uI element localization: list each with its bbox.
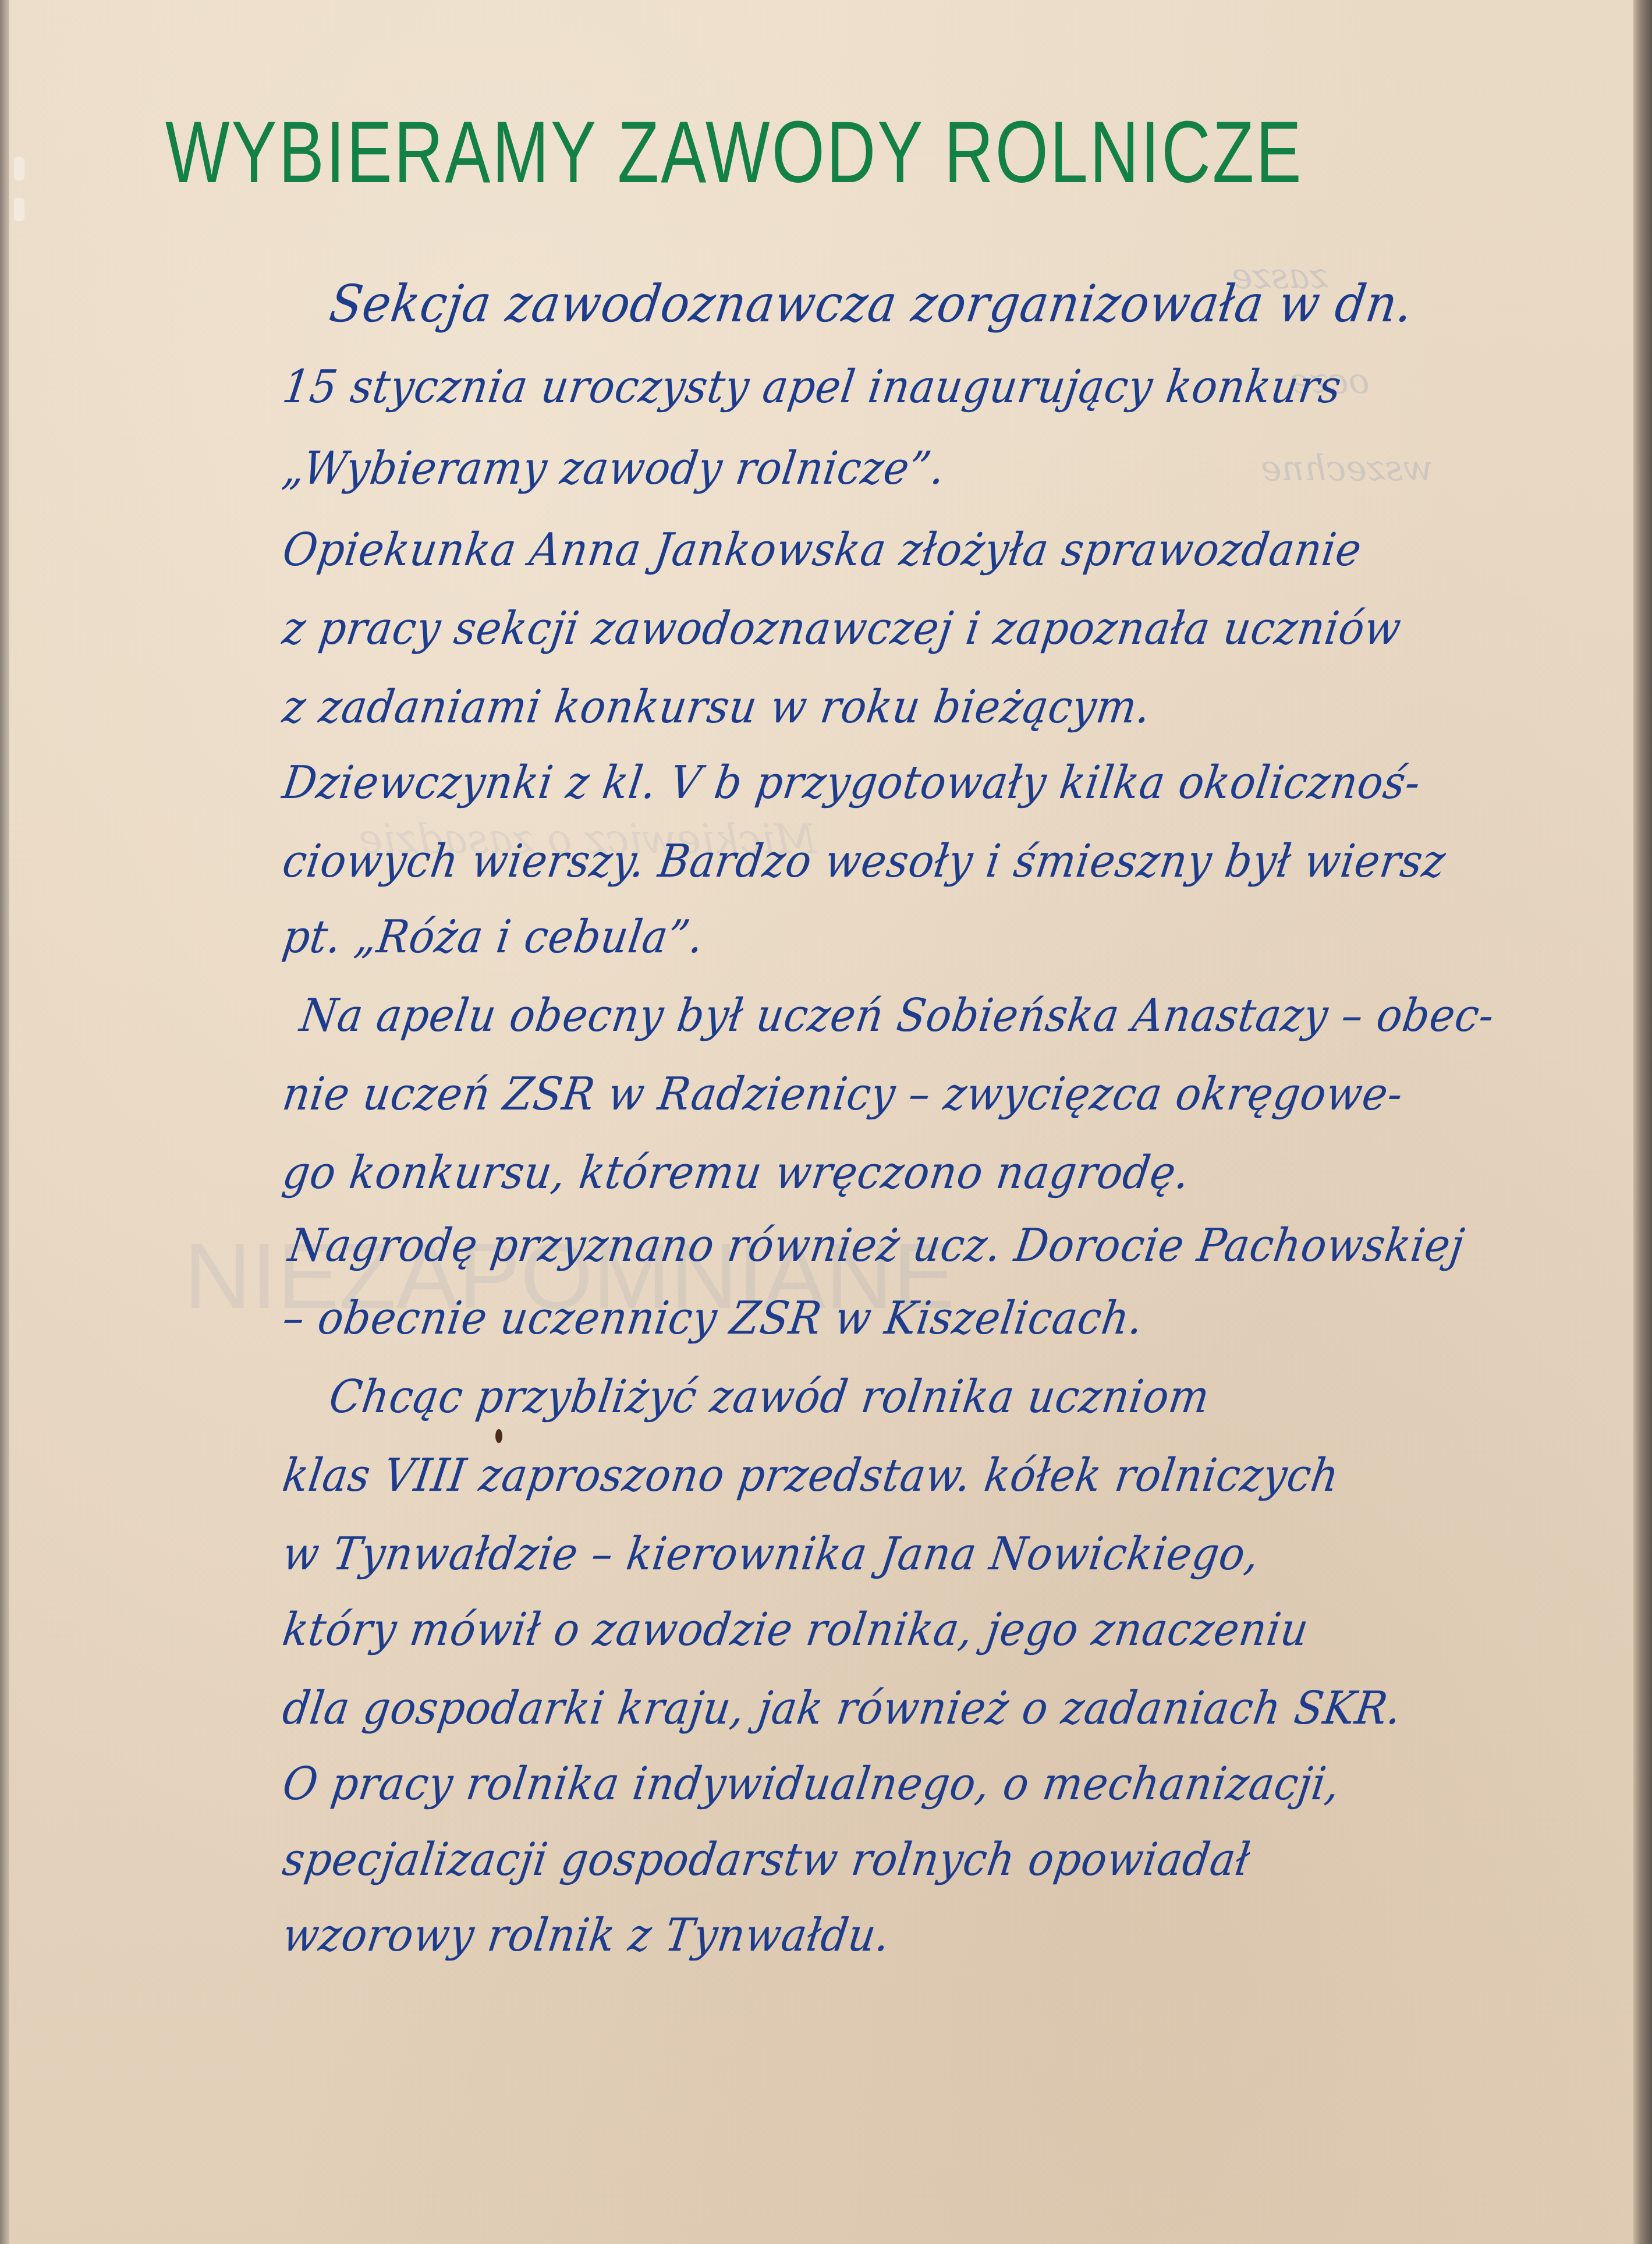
ink-stain — [495, 1429, 502, 1443]
text-line: z pracy sekcji zawodoznawczej i zapoznał… — [279, 602, 1405, 655]
text-line: go konkursu, któremu wręczono nagrodę. — [279, 1147, 1193, 1199]
text-line: Opiekunka Anna Jankowska złożyła sprawoz… — [279, 524, 1365, 576]
text-line: który mówił o zawodzie rolnika, jego zna… — [279, 1604, 1312, 1656]
text-line: w Tynwałdzie – kierownika Jana Nowickieg… — [279, 1528, 1263, 1580]
text-line: wzorowy rolnik z Tynwałdu. — [279, 1909, 894, 1962]
text-line: pt. „Róża i cebula”. — [279, 911, 707, 963]
page-title: WYBIERAMY ZAWODY ROLNICZE — [165, 102, 1303, 203]
text-line: O pracy rolnika indywidualnego, o mechan… — [279, 1758, 1343, 1810]
text-line: Na apelu obecny był uczeń Sobieńska Anas… — [297, 990, 1498, 1042]
text-line: klas VIII zaproszono przedstaw. kółek ro… — [279, 1449, 1342, 1502]
text-line: dla gospodarki kraju, jak również o zada… — [279, 1682, 1405, 1735]
text-line: z zadaniami konkursu w roku bieżącym. — [279, 681, 1154, 733]
text-line: „Wybieramy zawody rolnicze”. — [279, 442, 949, 495]
text-line: Dziewczynki z kl. V b przygotowały kilka… — [279, 757, 1424, 809]
binding-stitch — [14, 198, 24, 221]
text-line: Chcąc przybliżyć zawód rolnika uczniom — [326, 1371, 1213, 1423]
bleed-through-text: wszechne — [1261, 448, 1433, 489]
text-line: Sekcja zawodoznawcza zorganizowała w dn. — [326, 274, 1417, 334]
text-line: Nagrodę przyznano również ucz. Dorocie P… — [285, 1220, 1467, 1272]
text-line: 15 stycznia uroczysty apel inaugurujący … — [279, 361, 1345, 413]
text-line: specjalizacji gospodarstw rolnych opowia… — [279, 1834, 1253, 1886]
page-edge-shadow — [1633, 0, 1652, 2244]
text-line: nie uczeń ZSR w Radzienicy – zwycięzca o… — [279, 1068, 1406, 1121]
text-line: ciowych wierszy. Bardzo wesoły i śmieszn… — [279, 835, 1449, 888]
binding-stitch — [14, 157, 24, 180]
text-line: – obecnie uczennicy ZSR w Kiszelicach. — [279, 1292, 1147, 1345]
notebook-page: zasze ocze wszechne Mickiewicz o zasadzi… — [9, 0, 1633, 2244]
